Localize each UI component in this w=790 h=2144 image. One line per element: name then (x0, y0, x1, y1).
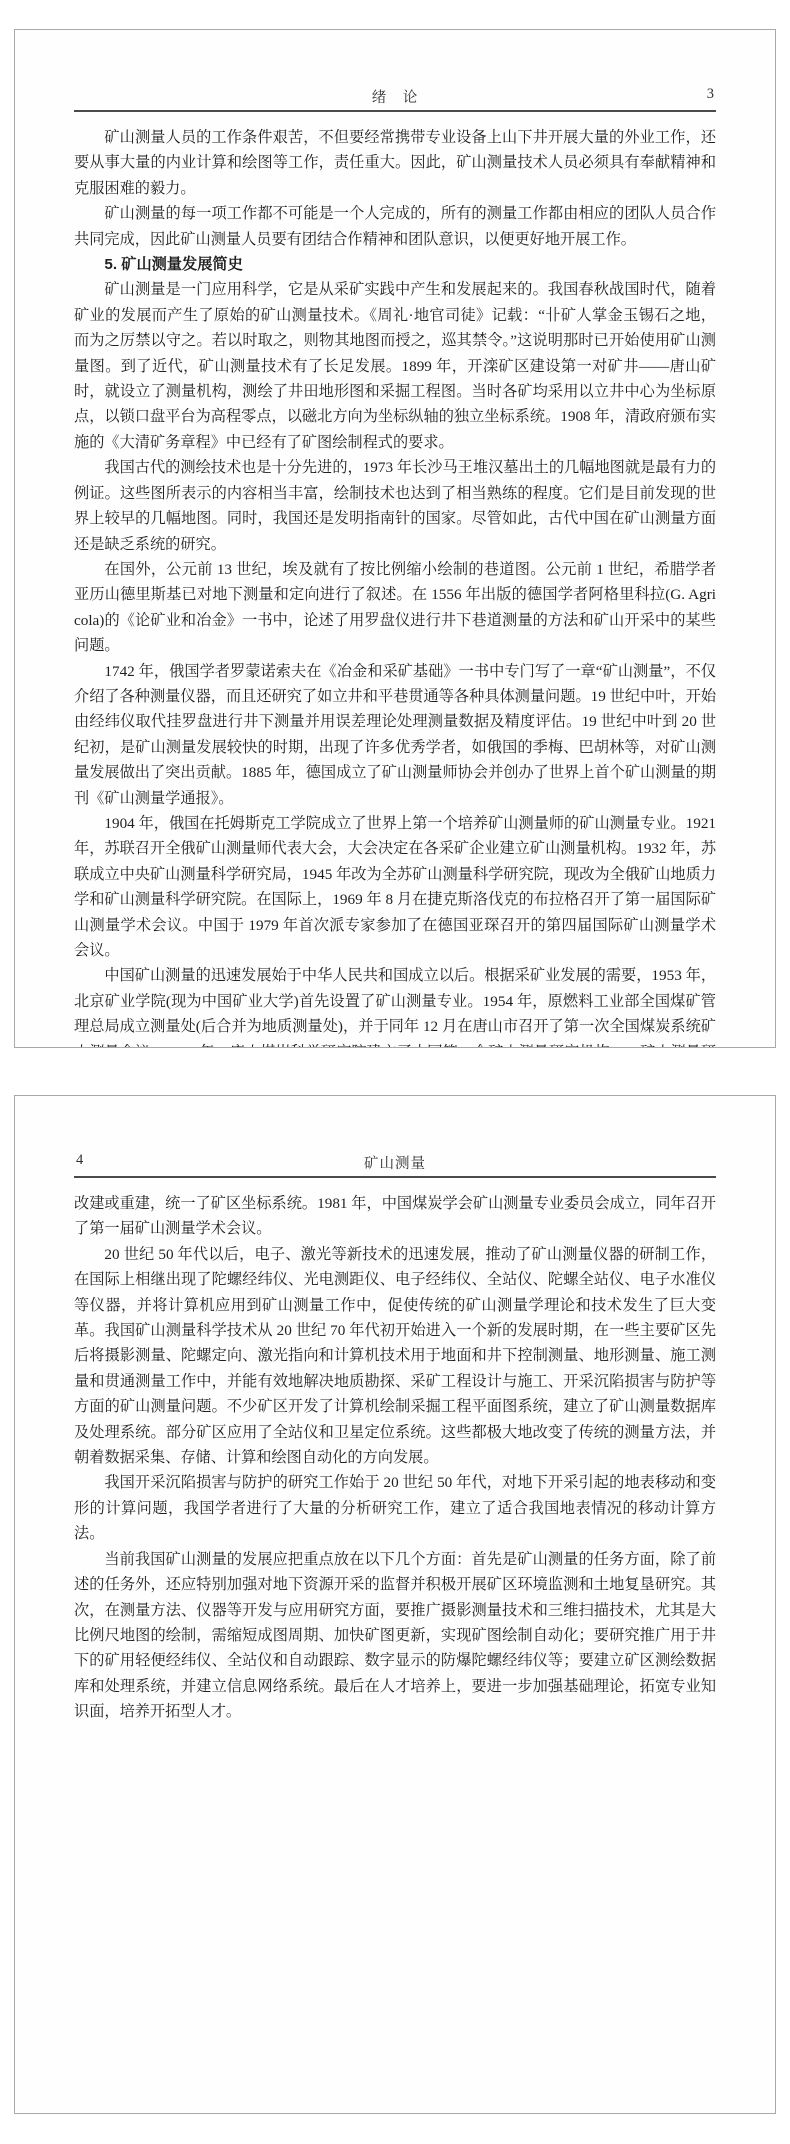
page-3-body: 矿山测量人员的工作条件艰苦，不但要经常携带专业设备上山下井开展大量的外业工作，还… (74, 125, 716, 1048)
paragraph: 我国开采沉陷损害与防护的研究工作始于 20 世纪 50 年代，对地下开采引起的地… (74, 1470, 716, 1546)
page-3: 绪 论 3 矿山测量人员的工作条件艰苦，不但要经常携带专业设备上山下井开展大量的… (14, 29, 776, 1048)
page-3-header: 绪 论 3 (74, 86, 716, 112)
paragraph: 当前我国矿山测量的发展应把重点放在以下几个方面：首先是矿山测量的任务方面，除了前… (74, 1547, 716, 1725)
paragraph-continuation: 改建或重建，统一了矿区坐标系统。1981 年，中国煤炭学会矿山测量专业委员会成立… (74, 1191, 716, 1242)
paragraph: 矿山测量是一门应用科学，它是从采矿实践中产生和发展起来的。我国春秋战国时代，随着… (74, 277, 716, 455)
paragraph: 矿山测量的每一项工作都不可能是一个人完成的，所有的测量工作都由相应的团队人员合作… (74, 201, 716, 252)
paragraph: 中国矿山测量的迅速发展始于中华人民共和国成立以后。根据采矿业发展的需要，1953… (74, 963, 716, 1048)
running-head-title: 绪 论 (74, 86, 716, 107)
paragraph: 矿山测量人员的工作条件艰苦，不但要经常携带专业设备上山下井开展大量的外业工作，还… (74, 125, 716, 201)
page-4-header: 4 矿山测量 (74, 1152, 716, 1178)
paragraph: 我国古代的测绘技术也是十分先进的，1973 年长沙马王堆汉墓出土的几幅地图就是最… (74, 455, 716, 557)
page-4: 4 矿山测量 改建或重建，统一了矿区坐标系统。1981 年，中国煤炭学会矿山测量… (14, 1095, 776, 2114)
paragraph: 1742 年，俄国学者罗蒙诺索夫在《冶金和采矿基础》一书中专门写了一章“矿山测量… (74, 659, 716, 811)
running-head-title: 矿山测量 (74, 1152, 716, 1173)
section-heading: 5. 矿山测量发展简史 (74, 252, 716, 277)
page-4-body: 改建或重建，统一了矿区坐标系统。1981 年，中国煤炭学会矿山测量专业委员会成立… (74, 1191, 716, 1725)
document-scan: 绪 论 3 矿山测量人员的工作条件艰苦，不但要经常携带专业设备上山下井开展大量的… (0, 0, 790, 2144)
page-3-content: 绪 论 3 矿山测量人员的工作条件艰苦，不但要经常携带专业设备上山下井开展大量的… (15, 30, 775, 1048)
paragraph: 在国外，公元前 13 世纪，埃及就有了按比例缩小绘制的巷道图。公元前 1 世纪，… (74, 557, 716, 659)
paragraph: 1904 年，俄国在托姆斯克工学院成立了世界上第一个培养矿山测量师的矿山测量专业… (74, 811, 716, 963)
paragraph: 20 世纪 50 年代以后，电子、激光等新技术的迅速发展，推动了矿山测量仪器的研… (74, 1242, 716, 1471)
page-number: 3 (707, 86, 714, 103)
page-4-content: 4 矿山测量 改建或重建，统一了矿区坐标系统。1981 年，中国煤炭学会矿山测量… (15, 1096, 775, 1725)
